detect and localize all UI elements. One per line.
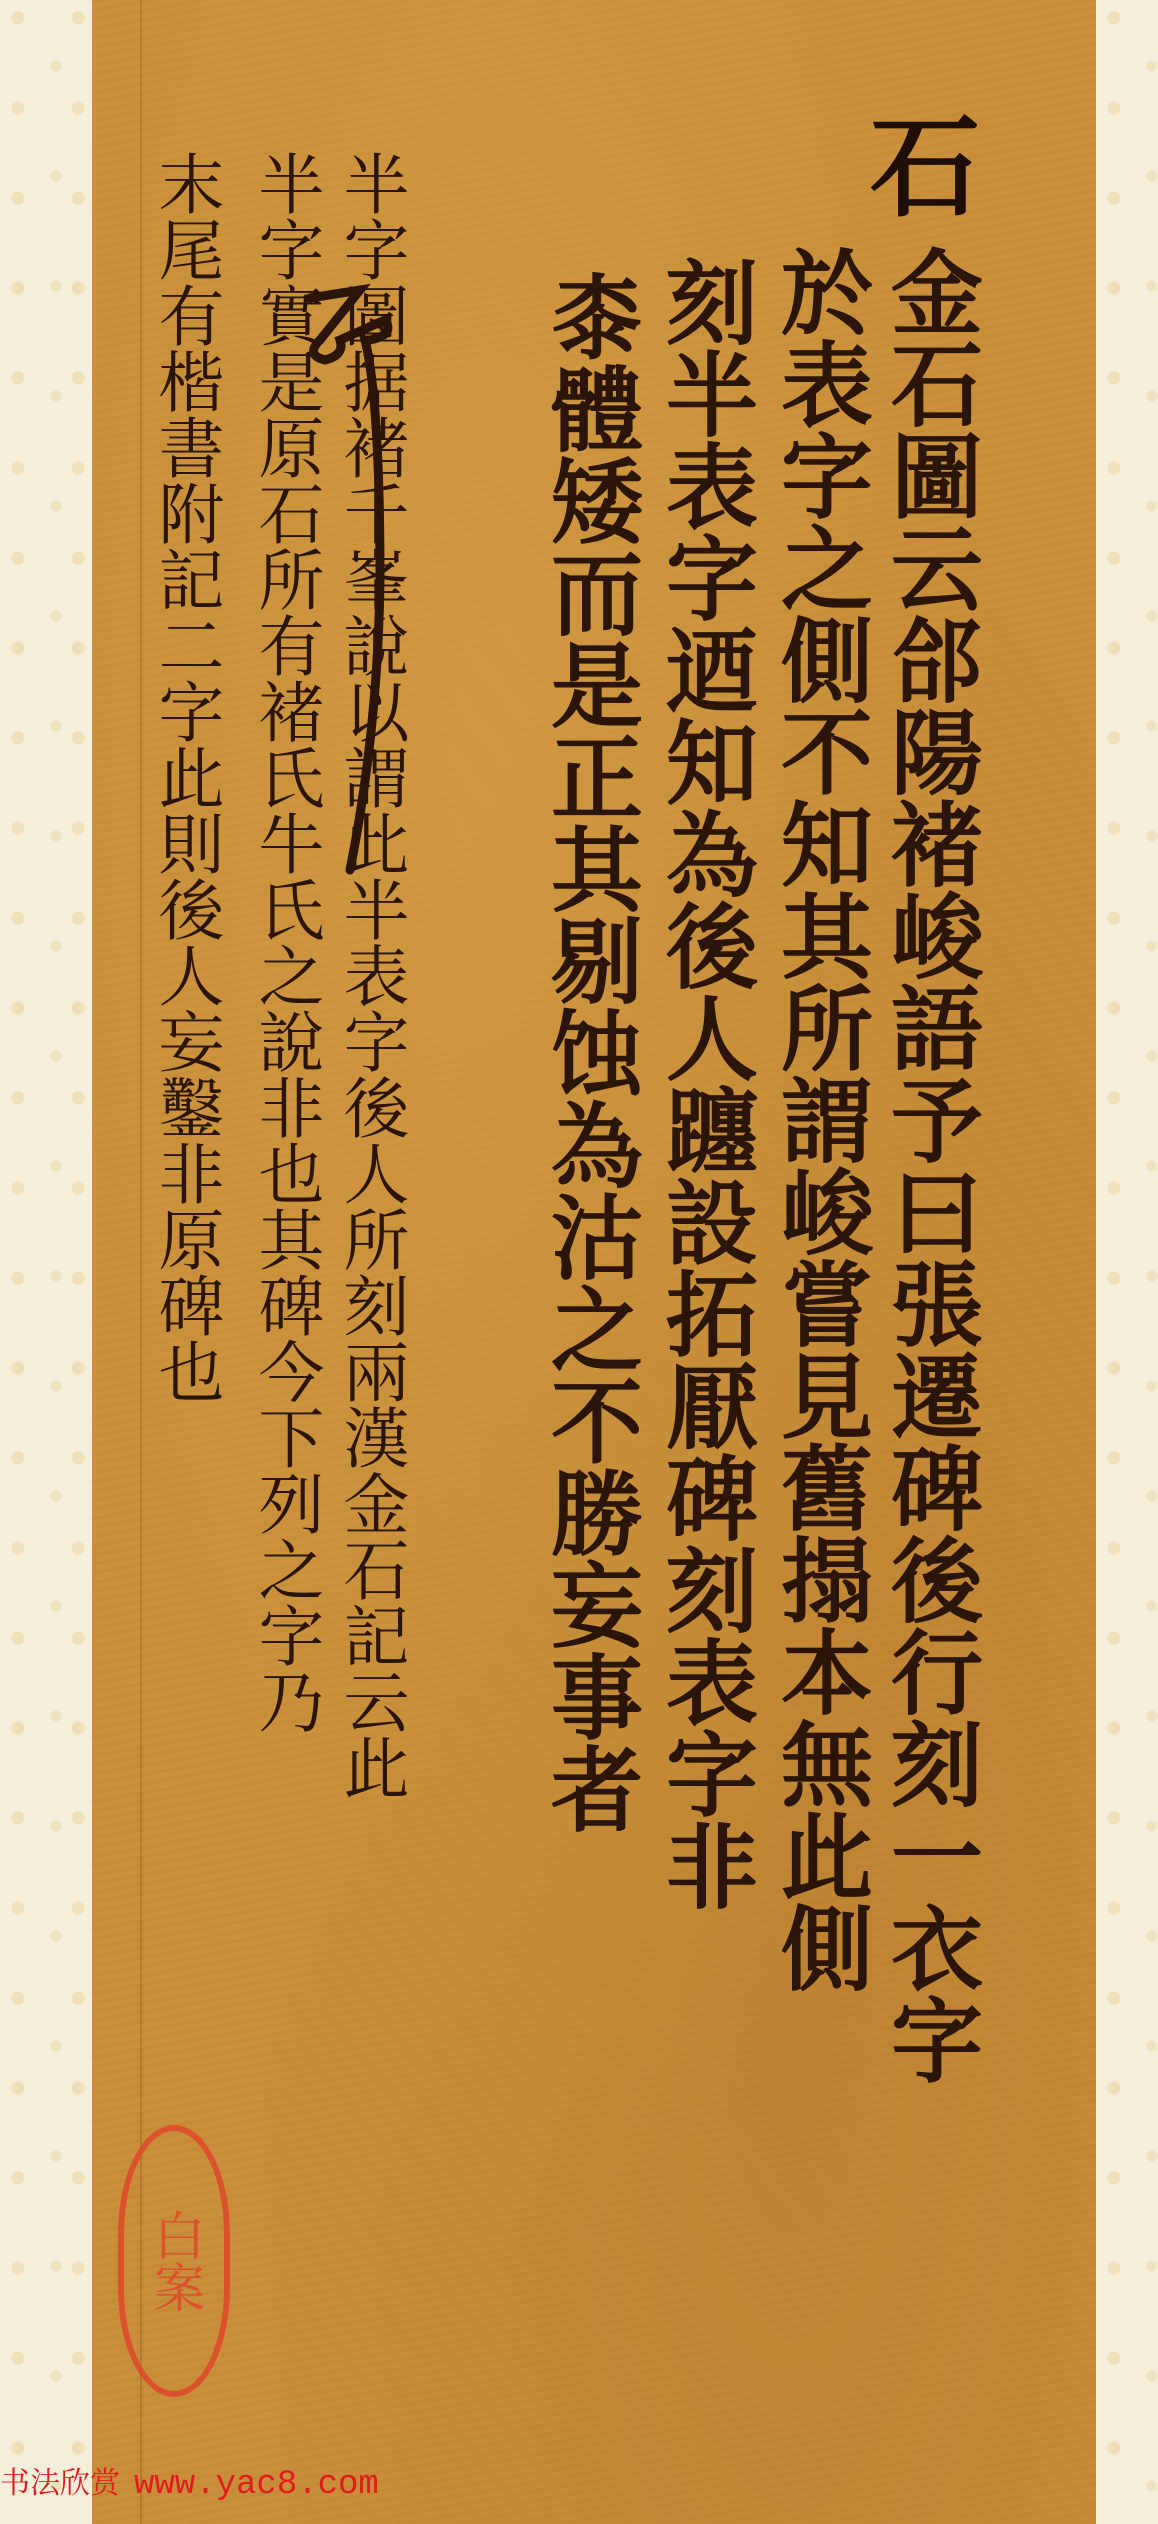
main-column-3: 刻半表字迺知為後人躔設拓厭碑刻表字非: [655, 255, 755, 1911]
right-mount-border: [1096, 0, 1158, 2524]
main-column-4: 桼體矮而是正其剔蚀為沽之不勝妄事者: [540, 270, 640, 1834]
annotation-column-2: 半字實是原石所有褚氏牛氏之說非也其碑今下列之字乃: [250, 150, 320, 1734]
annotation-column-3: 末尾有楷書附記二字此則後人妄鑿非原碑也: [150, 150, 220, 1404]
watermark-url[interactable]: www.yac8.com: [134, 2466, 379, 2504]
annotation-column-1: 半字圖据褚千峯說以謂此半表字後人所刻兩漢金石記云此: [335, 150, 405, 1800]
title-character: 石: [870, 80, 980, 238]
watermark-label: 书法欣赏: [0, 2466, 120, 2501]
main-column-1: 金石圖云郃陽褚峻語予曰張遷碑後行刻一衣字: [880, 245, 980, 2085]
site-watermark: 书法欣赏www.yac8.com: [0, 2458, 379, 2504]
red-seal-stamp: 白案: [118, 2125, 230, 2397]
left-mount-border: [0, 0, 92, 2524]
main-column-2: 於表字之側不知其所謂峻嘗見舊搨本無此側: [770, 245, 870, 1993]
